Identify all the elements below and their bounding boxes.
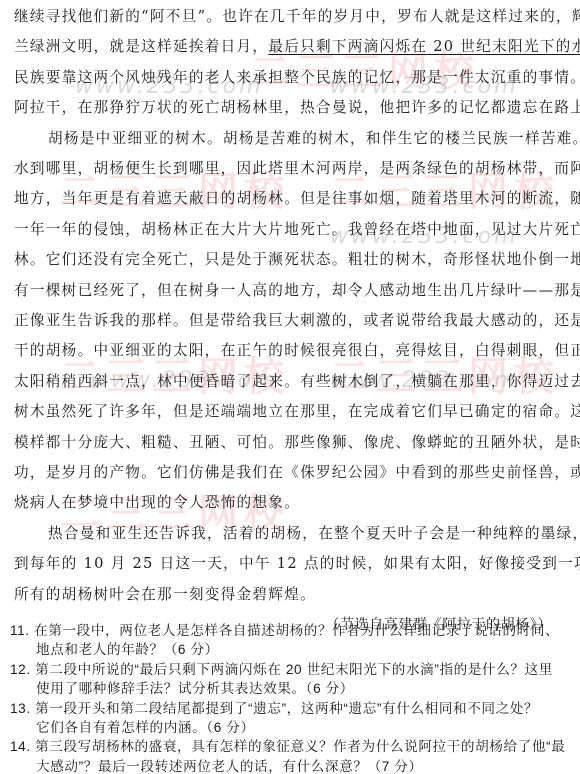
question-text: 第二段中所说的“最后只剩下两滴闪烁在 20 世纪末阳光下的水滴”指的是什么？这里: [35, 662, 553, 677]
question-12-line-2: 使用了哪种修辞手法？试分析其表达效果。（6 分）: [36, 680, 354, 697]
passage-line: 一年一年的侵蚀，胡杨林正在大片大片地死亡。我曾经在塔中地面，见过大片死亡的胡杨: [14, 221, 580, 239]
question-12: 12. 第二段中所说的“最后只剩下两滴闪烁在 20 世纪末阳光下的水滴”指的是什…: [10, 661, 553, 678]
question-11: 11. 在第一段中，两位老人是怎样各自描述胡杨的？作者为什么详细记录了说话的时间…: [10, 622, 559, 639]
passage-line: 太阳稍稍西斜一点，林中便昏暗了起来。有些树木倒了，横躺在那里，你得迈过去。有些: [14, 373, 580, 391]
question-14: 14. 第三段写胡杨林的盛衰，具有怎样的象征意义？作者为什么说阿拉干的胡杨给了他…: [10, 738, 565, 755]
passage-line: 干的胡杨。中亚细亚的太阳，在正午的时候很亮很白，亮得炫目，白得刺眼，但正午一过，: [14, 342, 580, 360]
question-13: 13. 第一段开头和第二段结尾都提到了“遗忘”，这两种“遗忘”有什么相同和不同之…: [10, 700, 538, 717]
passage-line: 有一棵树已经死了，但在树身一人高的地方，却令人感动地生出几片绿叶——那是柳叶，: [14, 282, 580, 300]
passage-line: 树木虽然死了许多年，但是还端端地立在那里，在完成着它们早已确定的宿命。这些树木: [14, 403, 580, 421]
underlined-sentence: 最后只剩下两滴闪烁在 20 世纪末阳光下的水滴。: [268, 38, 580, 55]
passage-line: 水到哪里，胡杨便生长到哪里，因此塔里木河两岸，是两条绿色的胡杨林带，而阿拉干这: [14, 160, 580, 178]
question-text: 在第一段中，两位老人是怎样各自描述胡杨的？作者为什么详细记录了说话的时间、: [34, 623, 559, 638]
question-number: 11.: [10, 623, 30, 638]
passage-line: 胡杨是中亚细亚的树木。胡杨是苦难的树木，和伴生它的楼兰民族一样苦难。在这里，: [48, 130, 580, 148]
passage-line: 民族要靠这两个风烛残年的老人来承担整个民族的记忆，那是一件太沉重的事情。所以在: [14, 69, 580, 87]
question-number: 13.: [10, 701, 31, 716]
passage-line: 继续寻找他们新的“阿不旦”。也许在几千年的岁月中，罗布人就是这样过来的，辉煌的楼: [14, 8, 580, 26]
question-14-line-2: 大感动”？最后一段转述两位老人的话，有什么深意？（7 分）: [36, 758, 423, 774]
passage-line: 烧病人在梦境中出现的令人恐怖的想象。: [14, 494, 300, 512]
passage-line: 兰绿洲文明，就是这样延挨着日月，最后只剩下两滴闪烁在 20 世纪末阳光下的水滴。…: [14, 38, 580, 56]
question-11-line-2: 地点和老人的年龄？（6 分）: [36, 641, 219, 658]
question-13-line-2: 它们各自有着怎样的内涵。（6 分）: [36, 719, 255, 736]
passage-line: 功，是岁月的产物。它们仿佛是我们在《侏罗纪公园》中看到的那些史前怪兽，或者像高: [14, 464, 580, 482]
question-number: 14.: [10, 739, 31, 754]
passage-line: 到每年的 10 月 25 日这一天，中午 12 点的时候，如果有太阳，好像接受到…: [14, 555, 580, 573]
question-text: 第一段开头和第二段结尾都提到了“遗忘”，这两种“遗忘”有什么相同和不同之处？: [35, 701, 538, 716]
question-text: 第三段写胡杨林的盛衰，具有怎样的象征意义？作者为什么说阿拉干的胡杨给了他“最: [35, 739, 565, 754]
passage-line: 正像亚生告诉我的那样。但是带给我巨大刺激的，或者说带给我最大感动的，还是这阿拉: [14, 312, 580, 330]
passage-line: 所有的胡杨树叶会在那一刻变得金碧辉煌。: [14, 586, 316, 604]
passage-line: 林。它们还没有完全死亡，只是处于濒死状态。粗壮的树木，奇形怪状地仆倒一地。记得: [14, 251, 580, 269]
passage-line: 热合曼和亚生还告诉我，活着的胡杨，在整个夏天叶子会是一种纯粹的墨绿，但是等: [48, 525, 580, 543]
passage-text: 兰绿洲文明，就是这样延挨着日月，: [14, 38, 268, 55]
passage-line: 模样都十分庞大、粗糙、丑陋、可怕。那些像狮、像虎、像蟒蛇的丑陋外状，是时间的刀: [14, 434, 580, 452]
exam-page: 二三三网校 www.233.com www.233.com 二三三网校 二三三网…: [0, 0, 580, 774]
passage-line: 阿拉干，在那狰狞万状的死亡胡杨林里，热合曼说，他把许多的记忆都遗忘在路上了。: [14, 99, 580, 117]
question-number: 12.: [10, 662, 31, 677]
passage-line: 地方，当年更是有着遮天蔽日的胡杨林。但是往事如烟，随着塔里木河的断流，随着风沙: [14, 190, 580, 208]
